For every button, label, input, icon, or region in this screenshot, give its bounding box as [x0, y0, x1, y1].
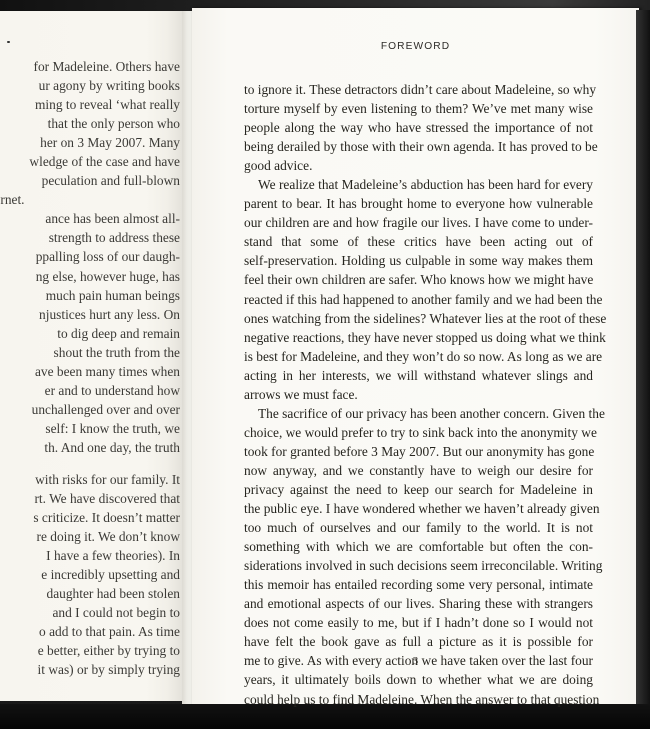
text-line: to dig deep and remain	[0, 324, 180, 343]
text-line: ng else, however huge, has	[0, 267, 180, 286]
text-line: being derailed by those with their own a…	[244, 137, 593, 156]
text-line: e better, either by trying to	[0, 641, 180, 660]
text-line: could help us to find Madeleine. When th…	[244, 690, 593, 709]
paragraph-1: to ignore it. These detractors didn’t ca…	[244, 80, 593, 175]
text-line: shout the truth from the	[0, 343, 180, 362]
text-line: reacted if this had happened to another …	[244, 290, 593, 309]
text-line: ance has been almost all-	[0, 209, 180, 228]
right-page-text: to ignore it. These detractors didn’t ca…	[244, 80, 593, 709]
text-line: is best for Madeleine, and they won’t do…	[244, 347, 593, 366]
left-page-text: for Madeleine. Others have ur agony by w…	[0, 57, 180, 680]
text-line: The sacrifice of our privacy has been an…	[244, 404, 593, 423]
text-line: for Madeleine. Others have	[0, 57, 180, 76]
text-line: ming to reveal ‘what really	[0, 95, 180, 114]
text-line: rt. We have discovered that	[0, 489, 180, 508]
text-line: self: I know the truth, we	[0, 419, 180, 438]
text-line: that the only person who	[0, 114, 180, 133]
text-line: took for granted before 3 May 2007. But …	[244, 442, 593, 461]
text-line: parent to bear. It has brought home to e…	[244, 194, 593, 213]
text-line: ur agony by writing books	[0, 76, 180, 95]
text-line: torture myself by even listening to them…	[244, 99, 593, 118]
text-line: her on 3 May 2007. Many	[0, 133, 180, 152]
left-paragraph-3: with risks for our family. It rt. We hav…	[0, 470, 180, 680]
text-line: ones watching from the sidelines? Whatev…	[244, 309, 593, 328]
text-line: choice, we would prefer to try to sink b…	[244, 423, 593, 442]
text-line: peculation and full-blown	[0, 171, 180, 190]
text-line: s criticize. It doesn’t matter	[0, 508, 180, 527]
text-line: much pain human beings	[0, 286, 180, 305]
text-line: to ignore it. These detractors didn’t ca…	[244, 80, 593, 99]
text-line: it was) or by simply trying	[0, 660, 180, 679]
text-line: good advice.	[244, 156, 593, 175]
text-line: We realize that Madeleine’s abduction ha…	[244, 175, 593, 194]
text-line: does not come easily to me, but if I had…	[244, 613, 593, 632]
text-line: stand that some of these critics have be…	[244, 232, 593, 251]
paragraph-gap	[0, 457, 180, 470]
text-line: ppalling loss of our daugh-	[0, 247, 180, 266]
text-line: negative reactions, they have never stop…	[244, 328, 593, 347]
text-line: unchallenged over and over	[0, 400, 180, 419]
text-line: wledge of the case and have	[0, 152, 180, 171]
text-line: strength to address these	[0, 228, 180, 247]
text-line: the public eye. I have wondered whether …	[244, 499, 593, 518]
text-line: siderations involved in such decisions s…	[244, 556, 593, 575]
text-line: I have a few theories). In	[0, 546, 180, 565]
running-head: FOREWORD	[192, 41, 639, 52]
text-line: o add to that pain. As time	[0, 622, 180, 641]
right-dark-edge	[636, 10, 650, 710]
text-line: now anyway, and we constantly have to we…	[244, 461, 593, 480]
left-paragraph-1: for Madeleine. Others have ur agony by w…	[0, 57, 180, 209]
paragraph-2: We realize that Madeleine’s abduction ha…	[244, 175, 593, 404]
text-line: nternet.	[0, 190, 180, 209]
text-line: privacy against the need to keep our sea…	[244, 480, 593, 499]
text-line: e incredibly upsetting and	[0, 565, 180, 584]
text-line: re doing it. We don’t know	[0, 527, 180, 546]
ink-speck	[7, 41, 10, 43]
text-line: acting in her interests, we will withsta…	[244, 366, 593, 385]
text-line: er and to understand how	[0, 381, 180, 400]
text-line: have felt the book gave as full a pictur…	[244, 632, 593, 651]
text-line: years, it ultimately boils down to wheth…	[244, 670, 593, 689]
text-line: too much of ourselves and our family to …	[244, 518, 593, 537]
text-line: and I could not begin to	[0, 603, 180, 622]
text-line: self-preservation. Holding us culpable i…	[244, 251, 593, 270]
left-paragraph-2: ance has been almost all- strength to ad…	[0, 209, 180, 457]
page-number: 3	[192, 655, 639, 667]
text-line: njustices hurt any less. On	[0, 305, 180, 324]
text-line: something with which we are comfortable …	[244, 537, 593, 556]
text-line: with risks for our family. It	[0, 470, 180, 489]
text-line: th. And one day, the truth	[0, 438, 180, 457]
text-line: this memoir has entailed recording some …	[244, 575, 593, 594]
text-line: and emotional aspects of our lives. Shar…	[244, 594, 593, 613]
text-line: arrows we must face.	[244, 385, 593, 404]
text-line: ave been many times when	[0, 362, 180, 381]
text-line: feel their own children are safer. Who k…	[244, 270, 593, 289]
text-line: our children are and how fragile our liv…	[244, 213, 593, 232]
text-line: people along the way who have stressed t…	[244, 118, 593, 137]
text-line: daughter had been stolen	[0, 584, 180, 603]
